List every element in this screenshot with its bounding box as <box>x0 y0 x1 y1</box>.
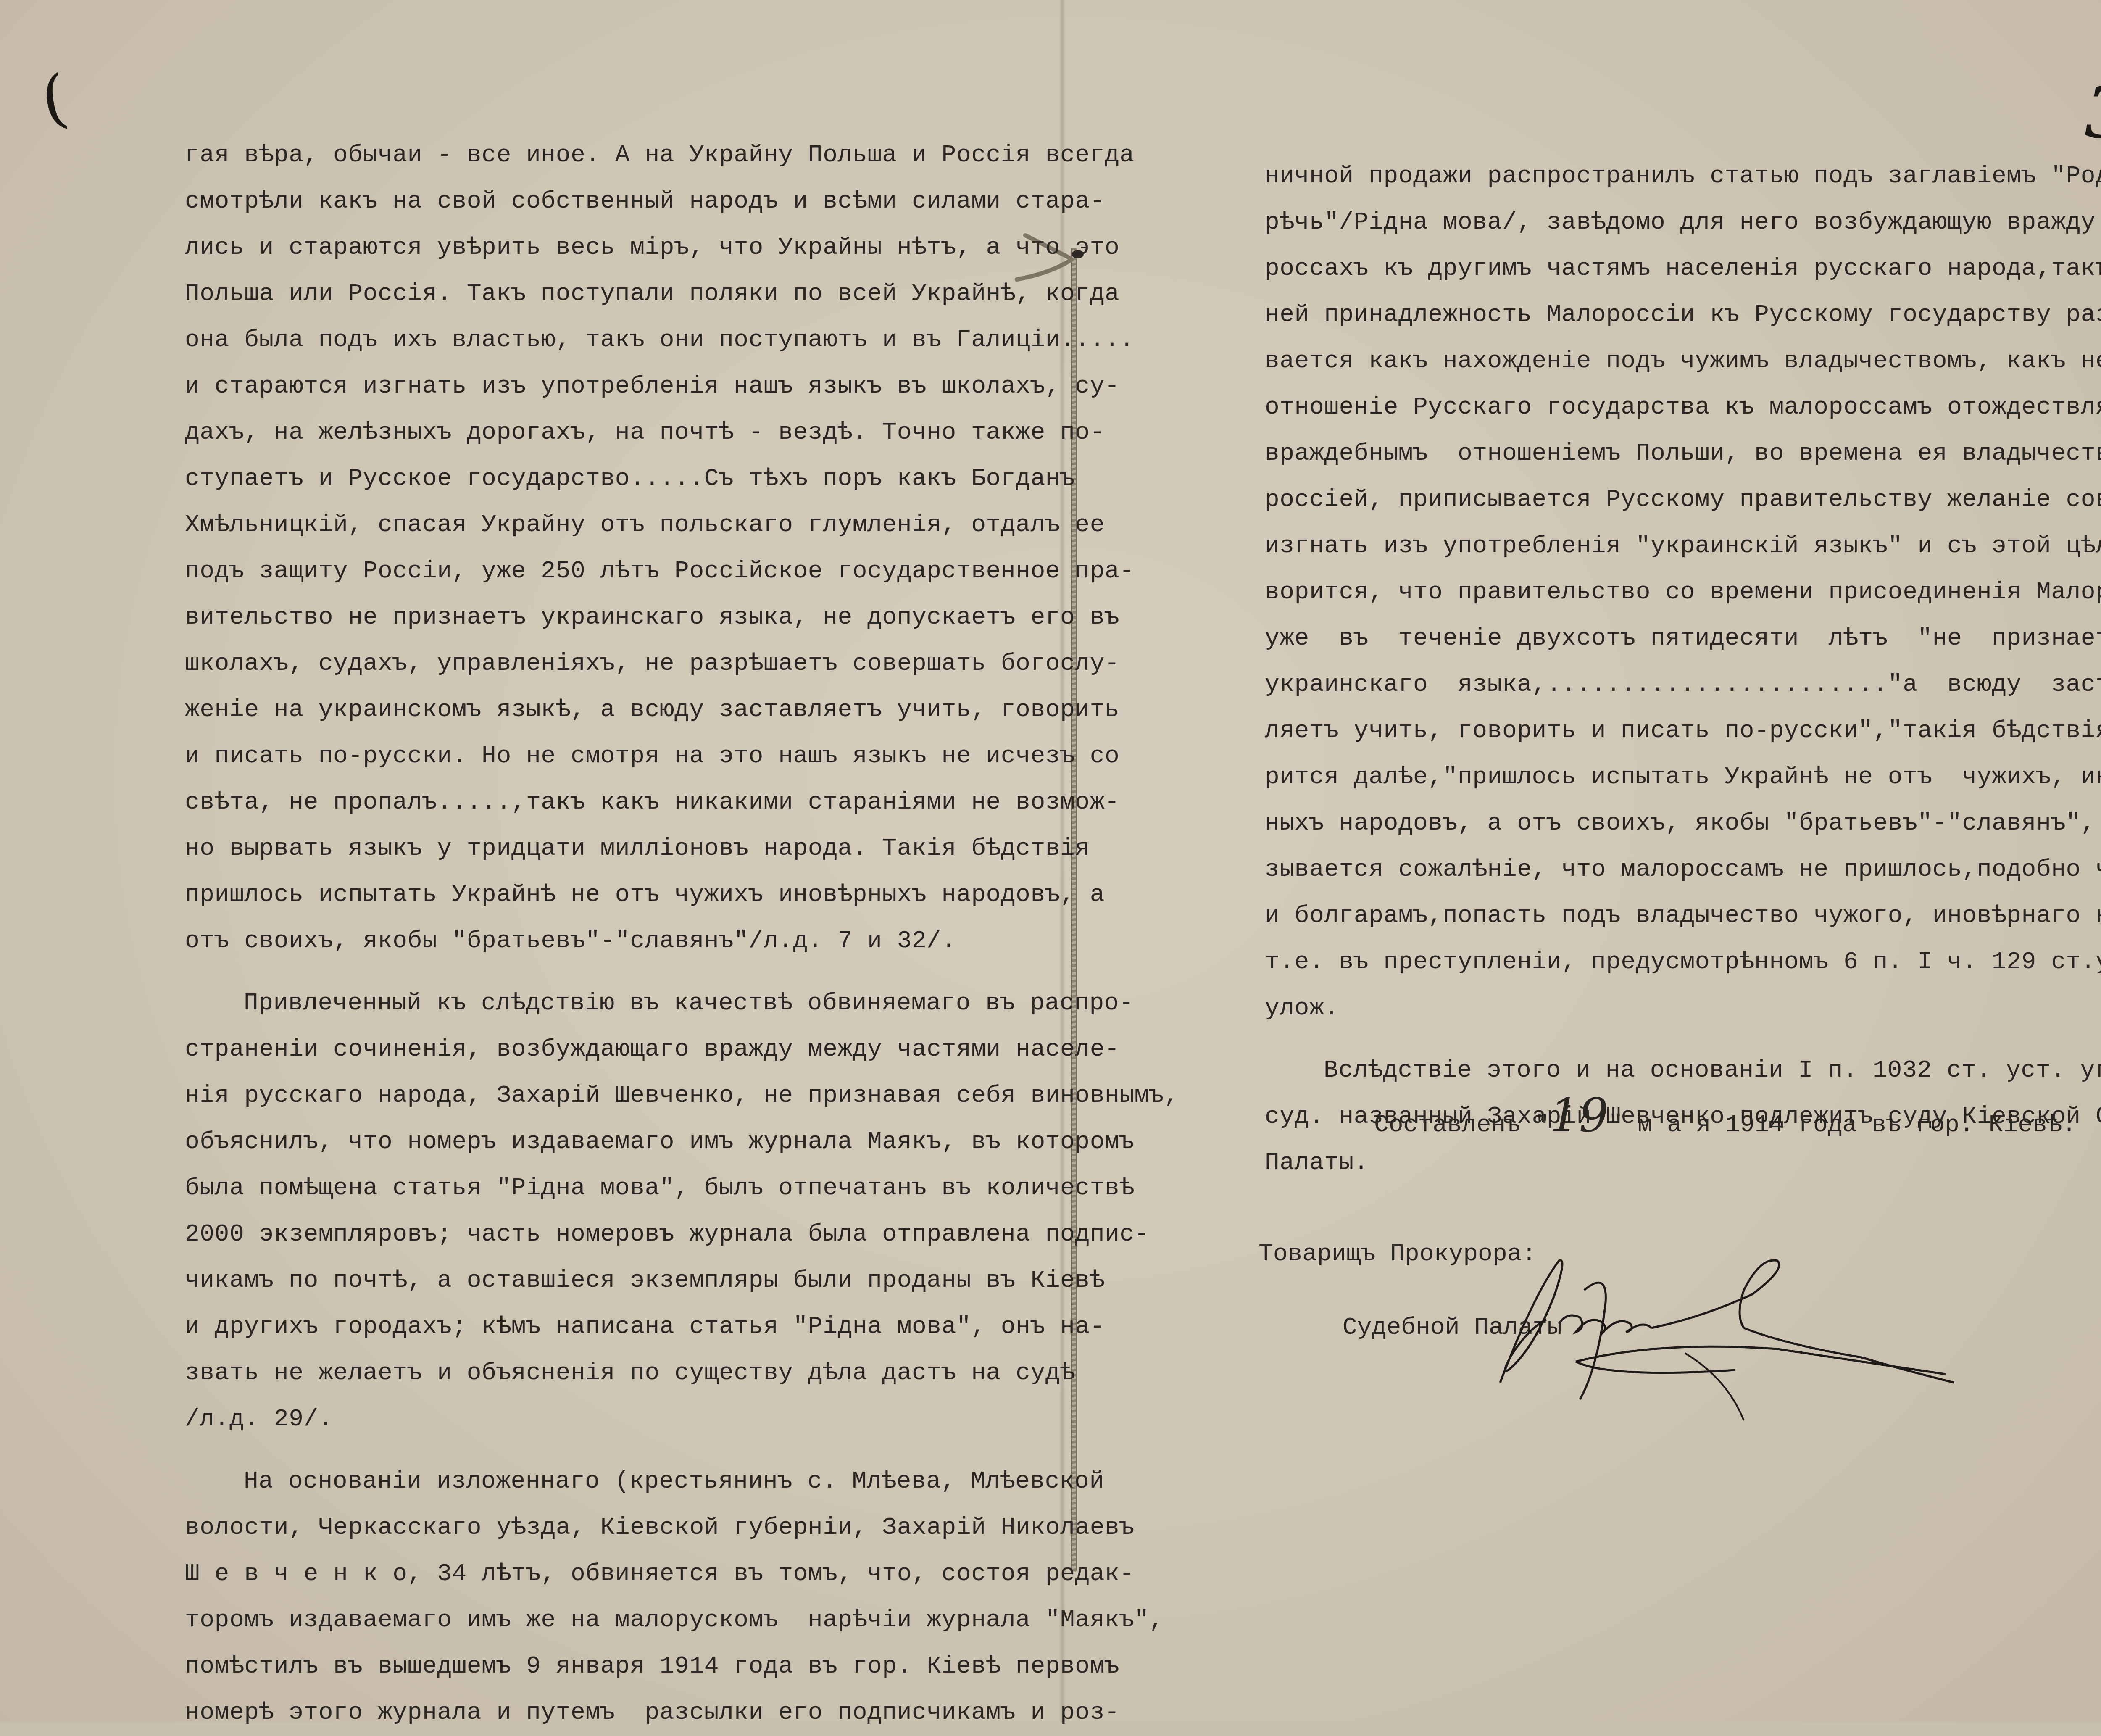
text-line: зывается сожалѣніе, что малороссамъ не п… <box>1265 847 2101 893</box>
date-suffix: " м а я 1914 года въ гор. Кіевѣ. <box>1609 1112 2077 1139</box>
text-line: но вырвать языкъ у тридцати милліоновъ н… <box>185 826 1076 872</box>
text-line: ныхъ народовъ, а отъ своихъ, якобы "брат… <box>1265 801 2101 847</box>
text-line: отношеніе Русскаго государства къ малоро… <box>1265 385 2101 431</box>
right-column: ничной продажи распространилъ статью под… <box>1265 153 2101 1186</box>
date-prefix: Составленъ " <box>1374 1112 1550 1139</box>
text-line: и другихъ городахъ; кѣмъ написана статья… <box>185 1304 1076 1350</box>
text-line: ворится, что правительство со времени пр… <box>1265 569 2101 616</box>
text-line: т.е. въ преступленіи, предусмотрѣнномъ 6… <box>1265 939 2101 985</box>
text-line: рѣчь"/Рідна мова/, завѣдомо для него воз… <box>1265 200 2101 246</box>
text-line: была помѣщена статья "Рідна мова", былъ … <box>185 1165 1076 1212</box>
text-line: смотрѣли какъ на свой собственный народъ… <box>185 179 1076 225</box>
text-line: торомъ издаваемаго имъ же на малорускомъ… <box>185 1597 1076 1644</box>
text-line: помѣстилъ въ вышедшемъ 9 января 1914 год… <box>185 1644 1076 1690</box>
paragraph-start: Вслѣдствіе этого и на основаніи I п. 103… <box>1265 1048 2101 1094</box>
text-line: Польша или Россія. Такъ поступали поляки… <box>185 271 1076 317</box>
text-line: звать не желаетъ и объясненія по существ… <box>185 1350 1076 1396</box>
text-line: уже въ теченіе двухсотъ пятидесяти лѣтъ … <box>1265 616 2101 662</box>
text-line: ничной продажи распространилъ статью под… <box>1265 153 2101 200</box>
text-line: свѣта, не пропалъ.....,такъ какъ никаким… <box>185 780 1076 826</box>
text-line: школахъ, судахъ, управленіяхъ, не разрѣш… <box>185 641 1076 687</box>
text-line: дахъ, на желѣзныхъ дорогахъ, на почтѣ - … <box>185 410 1076 456</box>
text-line: ступаетъ и Русское государство.....Съ тѣ… <box>185 456 1076 502</box>
text-line: вается какъ нахожденіе подъ чужимъ влады… <box>1265 338 2101 385</box>
text-line: гая вѣра, обычаи - все иное. А на Украйн… <box>185 132 1076 179</box>
text-line: 2000 экземпляровъ; часть номеровъ журнал… <box>185 1212 1076 1258</box>
text-line: и болгарамъ,попасть подъ владычество чуж… <box>1265 893 2101 939</box>
text-line: волости, Черкасскаго уѣзда, Кіевской губ… <box>185 1505 1076 1551</box>
text-line: пришлось испытать Украйнѣ не отъ чужихъ … <box>185 872 1076 918</box>
text-line: страненіи сочиненія, возбуждающаго вражд… <box>185 1027 1076 1073</box>
text-line: номерѣ этого журнала и путемъ разсылки е… <box>185 1690 1076 1723</box>
handwritten-signature-icon <box>1483 1244 2101 1425</box>
text-line: отъ своихъ, якобы "братьевъ"-"славянъ"/л… <box>185 918 1076 964</box>
text-line: россахъ къ другимъ частямъ населенія рус… <box>1265 246 2101 292</box>
text-line: нія русскаго народа, Захарій Шевченко, н… <box>185 1073 1076 1119</box>
text-line: женіе на украинскомъ языкѣ, а всюду заст… <box>185 687 1076 733</box>
text-line: рится далѣе,"пришлось испытать Украйнѣ н… <box>1265 754 2101 801</box>
text-line: улож. <box>1265 985 2101 1032</box>
page-number-right: 3 <box>2084 71 2101 155</box>
text-line: ляетъ учить, говорить и писать по-русски… <box>1265 708 2101 754</box>
date-line: Составленъ "19" м а я 1914 года въ гор. … <box>1374 1088 2076 1142</box>
text-line: лись и стараются увѣрить весь міръ, что … <box>185 225 1076 271</box>
text-line: враждебнымъ отношеніемъ Польши, во време… <box>1265 431 2101 477</box>
text-line: подъ защиту Россіи, уже 250 лѣтъ Россійс… <box>185 548 1076 595</box>
text-line: и стараются изгнать изъ употребленія наш… <box>185 364 1076 410</box>
text-line: изгнать изъ употребленія "украинскій язы… <box>1265 523 2101 569</box>
text-line: россіей, приписывается Русскому правител… <box>1265 477 2101 523</box>
text-line: и писать по-русски. Но не смотря на это … <box>185 733 1076 780</box>
text-line: она была подъ ихъ властью, такъ они пост… <box>185 317 1076 364</box>
left-column: гая вѣра, обычаи - все иное. А на Украйн… <box>185 132 1076 1723</box>
text-line: /л.д. 29/. <box>185 1396 1076 1443</box>
text-line: украинскаго языка,......................… <box>1265 662 2101 708</box>
paragraph-start: На основаніи изложеннаго (крестьянинъ с.… <box>185 1459 1076 1505</box>
text-line: Ш е в ч е н к о, 34 лѣтъ, обвиняется въ … <box>185 1551 1076 1597</box>
text-line: объяснилъ, что номеръ издаваемаго имъ жу… <box>185 1119 1076 1165</box>
text-line: вительство не признаетъ украинскаго язык… <box>185 595 1076 641</box>
text-line: чикамъ по почтѣ, а оставшіеся экземпляры… <box>185 1258 1076 1304</box>
text-line: Палаты. <box>1265 1140 2101 1186</box>
text-line: ней принадлежность Малороссіи къ Русском… <box>1265 292 2101 338</box>
paragraph-start: Привлеченный къ слѣдствію въ качествѣ об… <box>185 980 1076 1027</box>
text-line: Хмѣльницкій, спасая Украйну отъ польскаг… <box>185 502 1076 548</box>
date-day-handwritten: 19 <box>1550 1088 1609 1142</box>
